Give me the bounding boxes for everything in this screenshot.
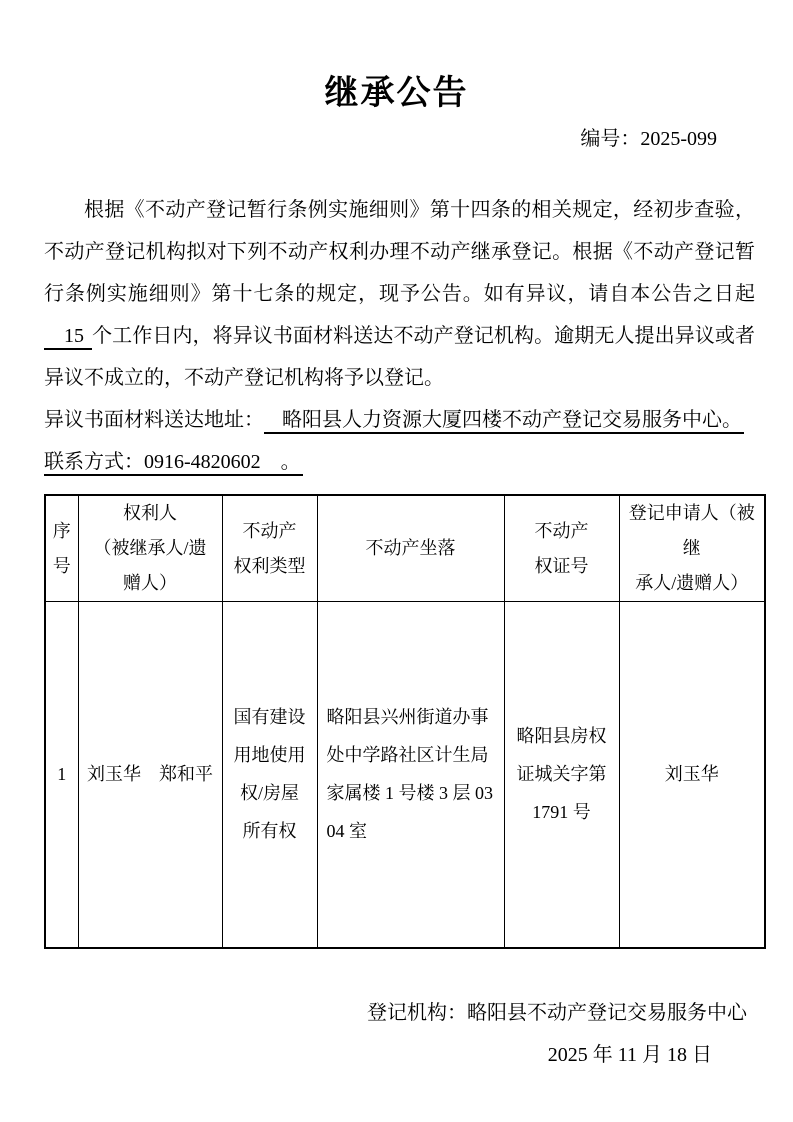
main-paragraph-before-blank: 根据《不动产登记暂行条例实施细则》第十四条的相关规定，经初步查验，不动产登记机构… [44,199,755,305]
cell-applicant: 刘玉华 [619,602,765,948]
header-serial-number: 序 号 [45,495,78,602]
main-paragraph: 根据《不动产登记暂行条例实施细则》第十四条的相关规定，经初步查验，不动产登记机构… [44,189,755,399]
body-text: 根据《不动产登记暂行条例实施细则》第十四条的相关规定，经初步查验，不动产登记机构… [0,189,793,483]
registry-org-line: 登记机构：略阳县不动产登记交易服务中心 [0,992,793,1034]
announcement-date: 2025 年 11 月 18 日 [0,1034,793,1076]
address-line: 异议书面材料送达地址：略阳县人力资源大厦四楼不动产登记交易服务中心。 [44,399,755,441]
objection-days-blank: 15 [44,325,92,350]
table-header-row: 序 号 权利人 （被继承人/遗 赠人） 不动产 权利类型 不动产坐落 不动产 权… [45,495,765,602]
main-paragraph-after-blank: 个工作日内，将异议书面材料送达不动产登记机构。逾期无人提出异议或者异议不成立的，… [44,325,755,389]
doc-number: 编号：2025-099 [0,125,793,153]
header-right-holder: 权利人 （被继承人/遗 赠人） [78,495,222,602]
contact-value: 联系方式：0916-4820602 。 [44,451,303,476]
table-row: 1 刘玉华 郑和平 国有建设用地使用权/房屋所有权 略阳县兴州街道办事处中学路社… [45,602,765,948]
address-label: 异议书面材料送达地址： [44,409,264,431]
header-property-location: 不动产坐落 [317,495,504,602]
cell-certificate-number: 略阳县房权证城关字第 1791 号 [504,602,619,948]
document-page: 继承公告 编号：2025-099 根据《不动产登记暂行条例实施细则》第十四条的相… [0,0,793,1122]
cell-serial-number: 1 [45,602,78,948]
cell-property-location: 略阳县兴州街道办事处中学路社区计生局家属楼 1 号楼 3 层 0304 室 [317,602,504,948]
header-right-type: 不动产 权利类型 [222,495,317,602]
cell-right-type: 国有建设用地使用权/房屋所有权 [222,602,317,948]
contact-line: 联系方式：0916-4820602 。 [44,441,755,483]
announcement-table: 序 号 权利人 （被继承人/遗 赠人） 不动产 权利类型 不动产坐落 不动产 权… [44,494,766,949]
cell-right-holder: 刘玉华 郑和平 [78,602,222,948]
header-applicant: 登记申请人（被继 承人/遗赠人） [619,495,765,602]
address-value: 略阳县人力资源大厦四楼不动产登记交易服务中心。 [264,409,744,434]
header-certificate-number: 不动产 权证号 [504,495,619,602]
page-title: 继承公告 [0,0,793,116]
